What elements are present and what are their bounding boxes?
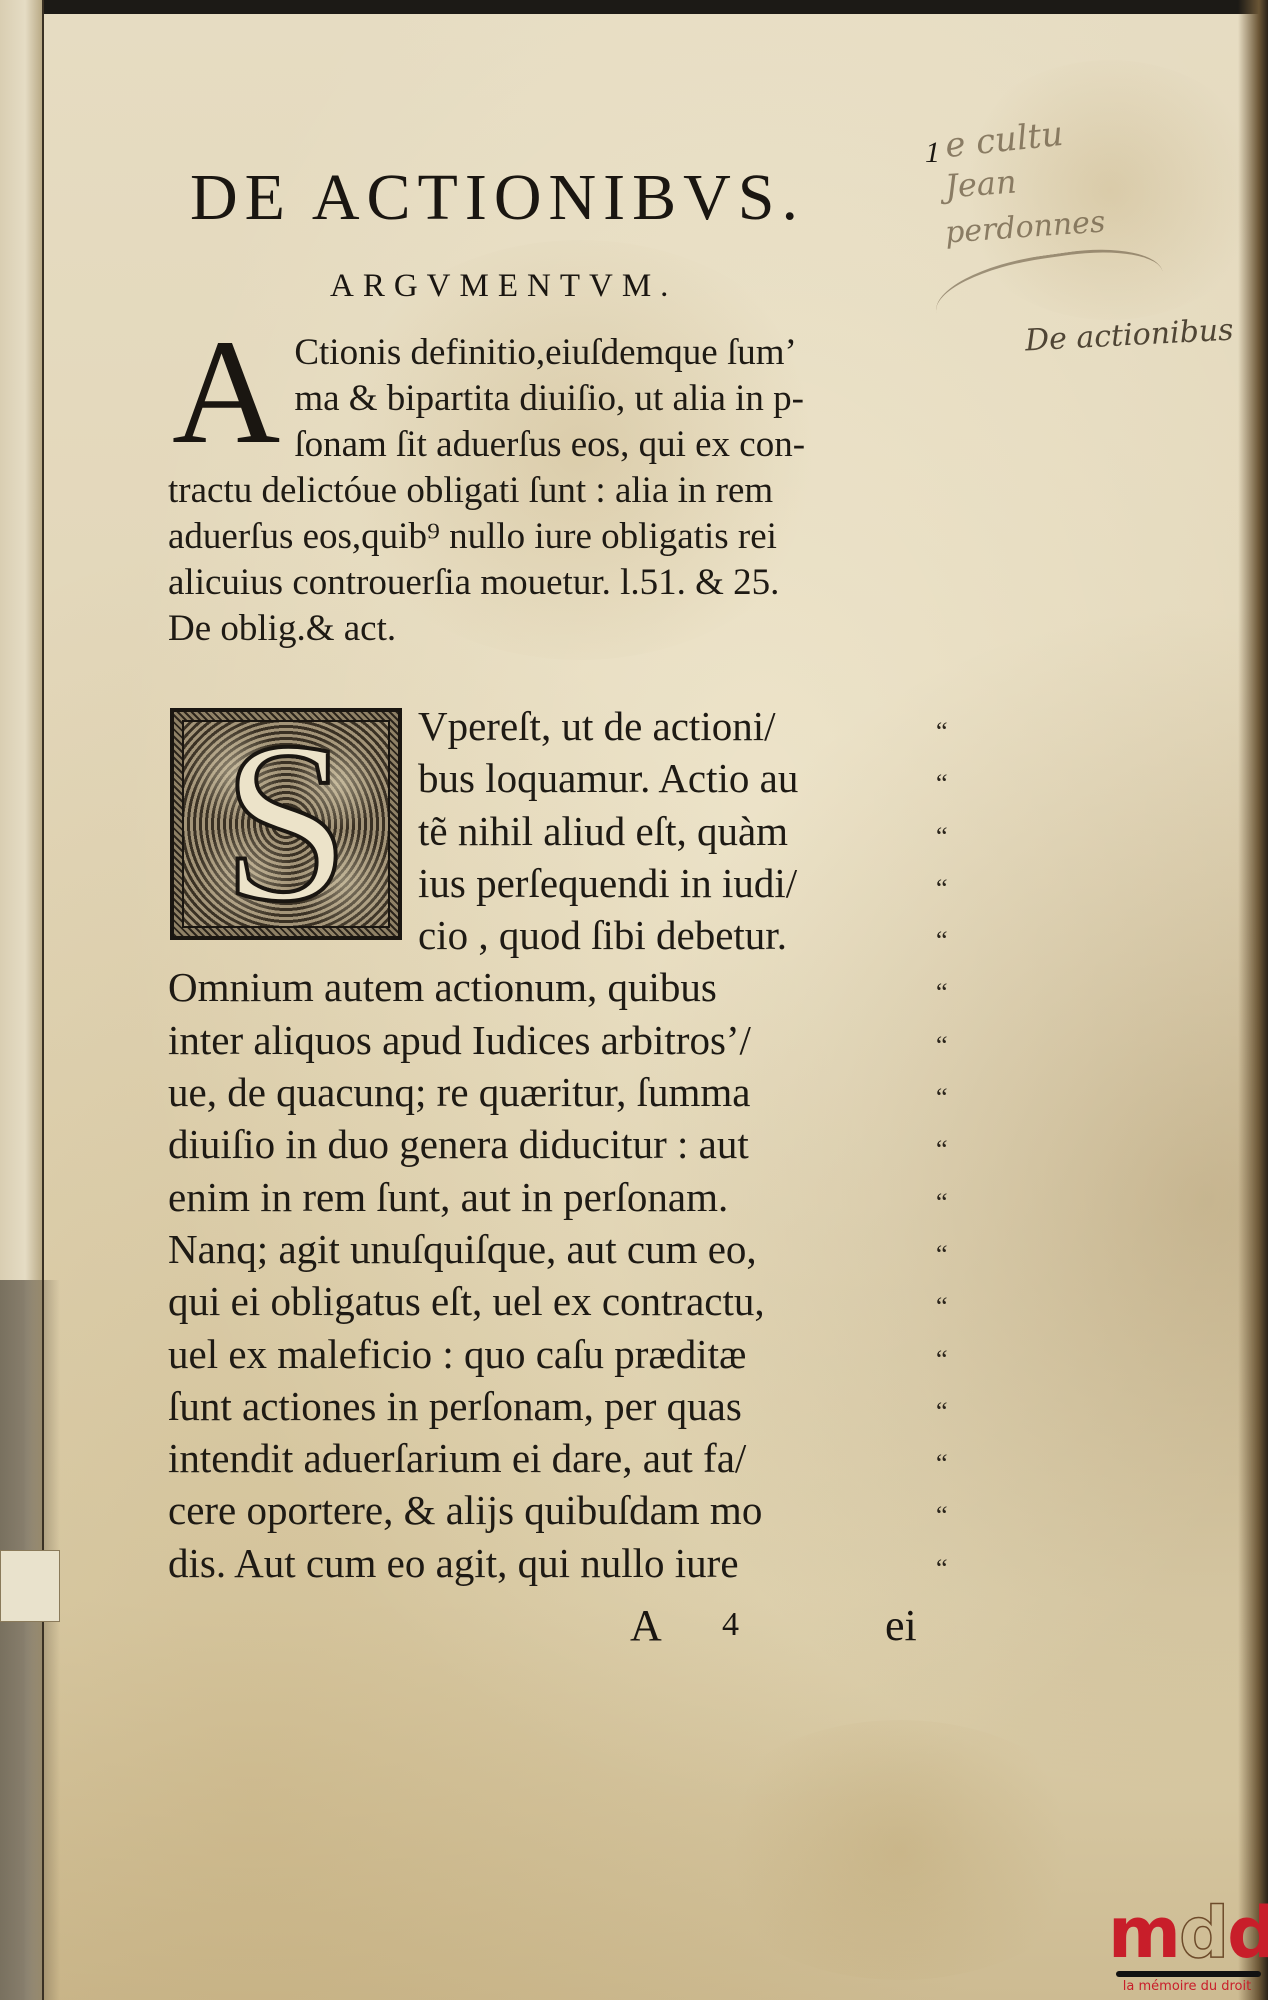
paper-stain — [700, 1720, 1100, 1980]
logo-bar — [1116, 1971, 1261, 1977]
body-line: inter aliquos apud Iudices arbitros’/“ — [168, 1014, 928, 1066]
marginal-quote-mark: “ — [936, 1438, 948, 1490]
logo-tagline: la mémoire du droit — [1108, 1979, 1266, 1994]
marginal-quote-mark: “ — [936, 1229, 948, 1281]
body-line: ue, de quacunq; re quæritur, ſumma“ — [168, 1066, 928, 1118]
marginal-quote-mark: “ — [936, 1543, 948, 1595]
body-line: uel ex maleficio : quo caſu præditæ“ — [168, 1328, 928, 1380]
marginal-quote-mark: “ — [936, 1177, 948, 1229]
section-heading: ARGVMENTVM. — [330, 268, 677, 305]
signature-mark: A — [630, 1600, 662, 1651]
argument-line: ma & bipartita diuiſio, ut alia in p- — [168, 376, 928, 422]
scan-top-border — [40, 0, 1268, 14]
body-line: bus loquamur. Actio au“ — [168, 752, 928, 804]
argument-line: alicuius controuerſia mouetur. l.51. & 2… — [168, 560, 928, 606]
body-line: ſunt actiones in perſonam, per quas“ — [168, 1380, 928, 1432]
body-line: Nanq; agit unuſquiſque, aut cum eo,“ — [168, 1223, 928, 1275]
binding-damage — [0, 1280, 60, 2000]
marginal-quote-mark: “ — [936, 758, 948, 810]
body-line: Omnium autem actionum, quibus“ — [168, 961, 928, 1013]
mdd-logo: mdd la mémoire du droit — [1108, 1893, 1266, 1997]
argument-line: Ctionis definitio,eiuſdemque ſum’ — [168, 330, 928, 376]
binding-strip — [0, 1550, 60, 1622]
argument-line: ſonam ſit aduerſus eos, qui ex con- — [168, 422, 928, 468]
drop-cap: A — [172, 330, 280, 454]
marginal-quote-mark: “ — [936, 863, 948, 915]
marginal-quote-mark: “ — [936, 1281, 948, 1333]
body-line: cere oportere, & alijs quibuſdam mo“ — [168, 1484, 928, 1536]
argument-paragraph: A Ctionis definitio,eiuſdemque ſum’ ma &… — [168, 330, 928, 652]
marginal-quote-mark: “ — [936, 915, 948, 967]
running-title: DE ACTIONIBVS. — [190, 160, 910, 236]
marginal-quote-mark: “ — [936, 1072, 948, 1124]
logo-mark: mdd — [1108, 1893, 1266, 1973]
marginal-quote-mark: “ — [936, 706, 948, 758]
body-line: intendit aduerſarium ei dare, aut fa/“ — [168, 1432, 928, 1484]
signature-number: 4 — [722, 1606, 739, 1644]
argument-line: De oblig.& act. — [168, 606, 928, 652]
body-line: Vpereſt, ut de actioni/“ — [168, 700, 928, 752]
body-line: cio , quod ſibi debetur.“ — [168, 909, 928, 961]
body-line: qui ei obligatus eſt, uel ex contractu,“ — [168, 1275, 928, 1327]
marginalia-line: perdonnes — [944, 204, 1106, 250]
marginal-quote-mark: “ — [936, 1334, 948, 1386]
body-paragraph: Vpereſt, ut de actioni/“ bus loquamur. A… — [168, 700, 928, 1589]
body-line: enim in rem ſunt, aut in perſonam.“ — [168, 1171, 928, 1223]
argument-line: aduerſus eos,quib⁹ nullo iure obligatis … — [168, 514, 928, 560]
body-line: diuiſio in duo genera diducitur : aut“ — [168, 1118, 928, 1170]
argument-line: tractu delictóue obligati ſunt : alia in… — [168, 468, 928, 514]
right-page-edge — [1238, 0, 1268, 2000]
marginal-quote-mark: “ — [936, 1386, 948, 1438]
body-line: ius perſequendi in iudi/“ — [168, 857, 928, 909]
marginalia-line: Jean — [944, 163, 1018, 206]
marginal-quote-mark: “ — [936, 811, 948, 863]
marginal-quote-mark: “ — [936, 1124, 948, 1176]
marginal-quote-mark: “ — [936, 1020, 948, 1072]
marginal-quote-mark: “ — [936, 1490, 948, 1542]
body-line: tẽ nihil aliud eſt, quàm“ — [168, 805, 928, 857]
handwritten-marginalia: e cultu Jean perdonnes De actionibus — [925, 110, 1225, 370]
catchword: ei — [885, 1600, 917, 1651]
marginal-quote-mark: “ — [936, 967, 948, 1019]
body-line: dis. Aut cum eo agit, qui nullo iure“ — [168, 1537, 928, 1589]
marginalia-line: e cultu — [943, 114, 1065, 166]
